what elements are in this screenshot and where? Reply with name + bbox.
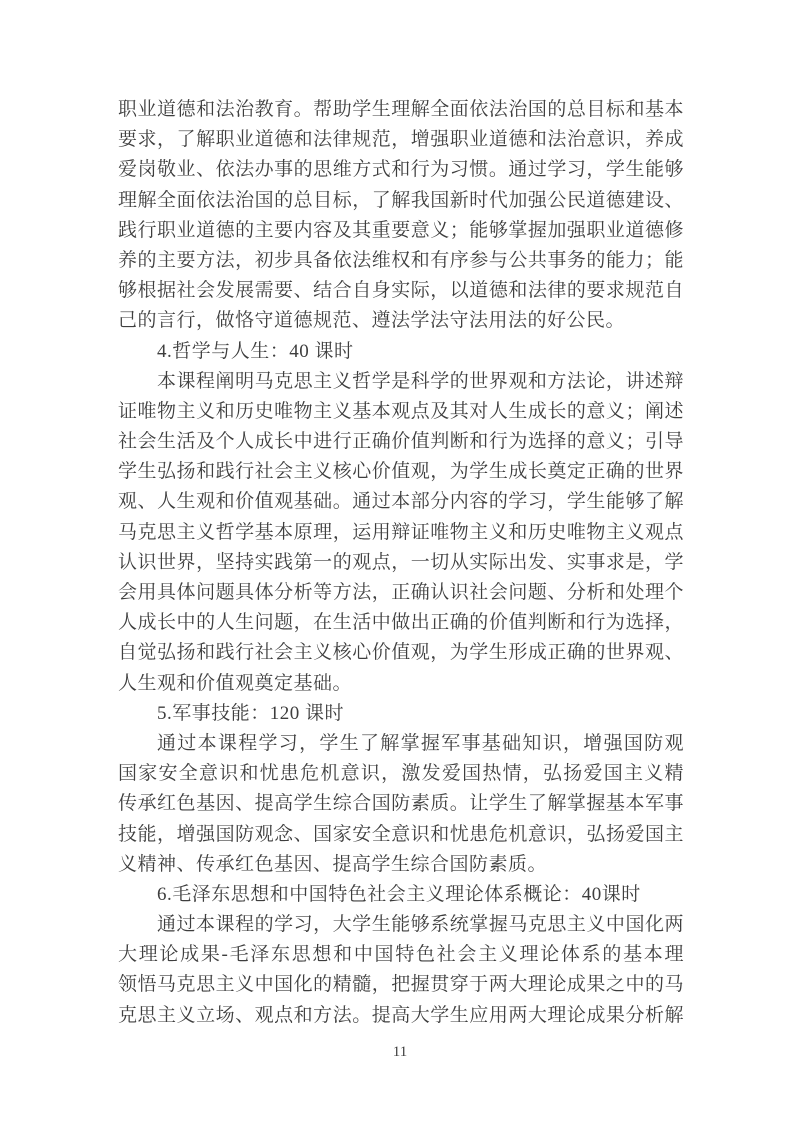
text-line: 社会生活及个人成长中进行正确价值判断和行为选择的意义；引导	[118, 427, 684, 457]
text-line: 人成长中的人生问题，在生活中做出正确的价值判断和行为选择，	[118, 608, 684, 638]
text-line: 通过本课程的学习，大学生能够系统掌握马克思主义中国化两	[118, 910, 684, 940]
text-line: 自觉弘扬和践行社会主义核心价值观，为学生形成正确的世界观、	[118, 638, 684, 668]
text-line: 要求，了解职业道德和法律规范，增强职业道德和法治意识，养成	[118, 125, 684, 155]
text-line: 克思主义立场、观点和方法。提高大学生应用两大理论成果分析解	[118, 1001, 684, 1031]
text-line: 技能，增强国防观念、国家安全意识和忧患危机意识，弘扬爱国主	[118, 820, 684, 850]
page-number: 11	[0, 1044, 800, 1061]
text-line: 义精神、传承红色基因、提高学生综合国防素质。	[118, 850, 684, 880]
text-line: 通过本课程学习，学生了解掌握军事基础知识，增强国防观念、	[118, 729, 684, 759]
text-line: 马克思主义哲学基本原理，运用辩证唯物主义和历史唯物主义观点	[118, 518, 684, 548]
text-line: 践行职业道德的主要内容及其重要意义；能够掌握加强职业道德修	[118, 216, 684, 246]
text-line: 人生观和价值观奠定基础。	[118, 669, 684, 699]
text-line: 职业道德和法治教育。帮助学生理解全面依法治国的总目标和基本	[118, 95, 684, 125]
text-line: 会用具体问题具体分析等方法，正确认识社会问题、分析和处理个	[118, 578, 684, 608]
text-line: 5.军事技能：120 课时	[118, 699, 684, 729]
document-page: 职业道德和法治教育。帮助学生理解全面依法治国的总目标和基本要求，了解职业道德和法…	[0, 0, 800, 1130]
text-line: 学生弘扬和践行社会主义核心价值观，为学生成长奠定正确的世界	[118, 457, 684, 487]
text-line: 证唯物主义和历史唯物主义基本观点及其对人生成长的意义；阐述	[118, 397, 684, 427]
text-line: 够根据社会发展需要、结合自身实际，以道德和法律的要求规范自	[118, 276, 684, 306]
text-line: 大理论成果-毛泽东思想和中国特色社会主义理论体系的基本理论，	[118, 940, 684, 970]
text-line: 爱岗敬业、依法办事的思维方式和行为习惯。通过学习，学生能够	[118, 155, 684, 185]
text-line: 传承红色基因、提高学生综合国防素质。让学生了解掌握基本军事	[118, 789, 684, 819]
text-line: 本课程阐明马克思主义哲学是科学的世界观和方法论，讲述辩	[118, 367, 684, 397]
text-block: 职业道德和法治教育。帮助学生理解全面依法治国的总目标和基本要求，了解职业道德和法…	[118, 95, 684, 1031]
text-line: 理解全面依法治国的总目标，了解我国新时代加强公民道德建设、	[118, 186, 684, 216]
text-line: 己的言行，做恪守道德规范、遵法学法守法用法的好公民。	[118, 306, 684, 336]
text-line: 6.毛泽东思想和中国特色社会主义理论体系概论：40课时	[118, 880, 684, 910]
text-line: 国家安全意识和忧患危机意识，激发爱国热情，弘扬爱国主义精神、	[118, 759, 684, 789]
text-line: 领悟马克思主义中国化的精髓，把握贯穿于两大理论成果之中的马	[118, 970, 684, 1000]
text-line: 养的主要方法，初步具备依法维权和有序参与公共事务的能力；能	[118, 246, 684, 276]
text-line: 认识世界，坚持实践第一的观点，一切从实际出发、实事求是，学	[118, 548, 684, 578]
text-line: 4.哲学与人生：40 课时	[118, 337, 684, 367]
text-line: 观、人生观和价值观基础。通过本部分内容的学习，学生能够了解	[118, 487, 684, 517]
